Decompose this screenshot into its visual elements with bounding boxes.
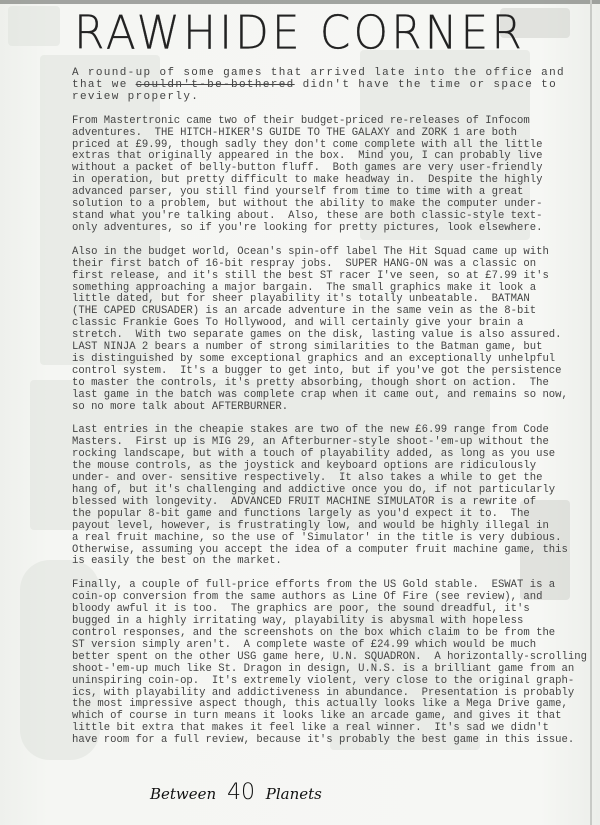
article-body: A round-up of some games that arrived la… [72,68,592,759]
page-top-edge [0,0,600,4]
paragraph-code-masters: Last entries in the cheapie stakes are t… [72,425,592,568]
footer-word-planets: Planets [266,785,322,803]
footer-signature: Between 40 Planets [150,780,322,805]
footer-number: 40 [227,780,255,805]
background-graphic [8,6,60,46]
paragraph-mastertronic: From Mastertronic came two of their budg… [72,116,592,235]
paragraph-hit-squad: Also in the budget world, Ocean's spin-o… [72,247,592,414]
paragraph-us-gold: Finally, a couple of full-price efforts … [72,580,592,747]
page-title: RAWHIDE CORNER [74,7,525,61]
struck-out-text: couldn't-be-bothered [136,79,295,91]
intro-paragraph: A round-up of some games that arrived la… [72,68,592,104]
footer-word-between: Between [150,785,216,803]
scanned-page: RAWHIDE CORNER A round-up of some games … [0,0,600,825]
